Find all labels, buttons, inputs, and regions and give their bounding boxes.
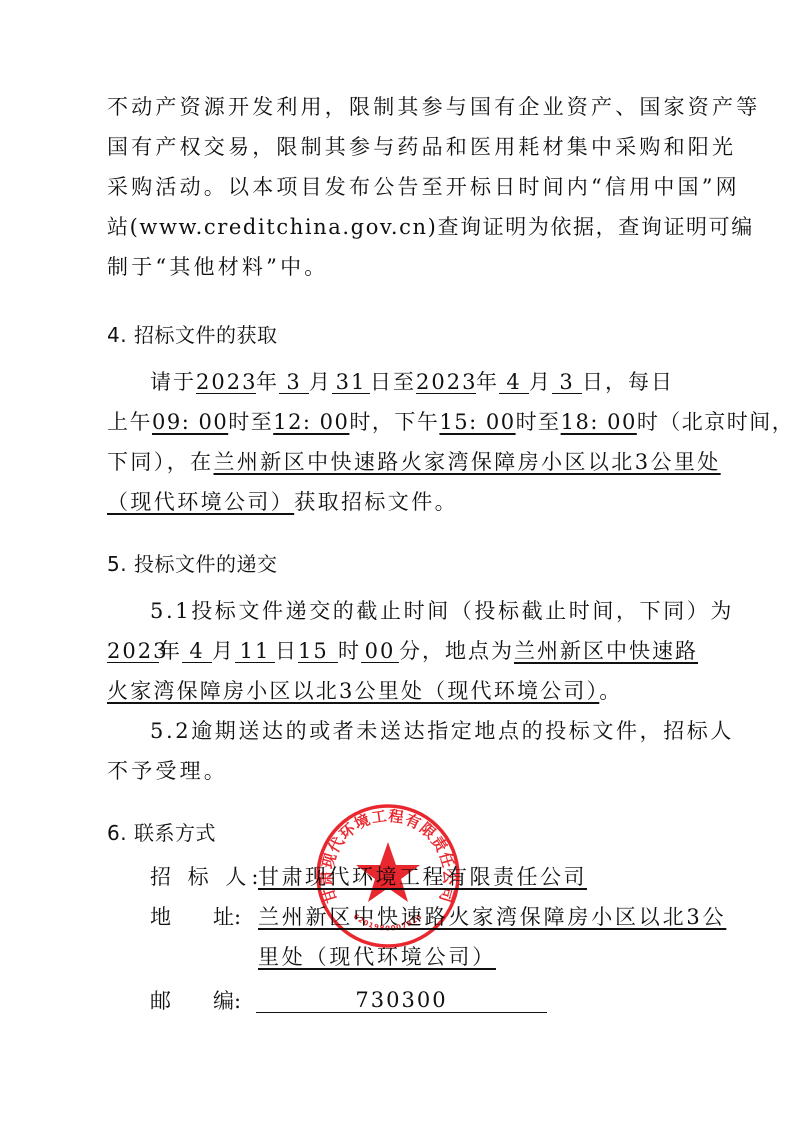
deadline-day-field: 11 [235,640,275,663]
start-month-field: 3 [279,371,309,394]
deadline-year-field: 2023 [107,640,159,663]
document-page: 不动产资源开发利用，限制其参与国有企业资产、国家资产等 国有产权交易，限制其参与… [0,0,800,1131]
paragraph-line: 国有产权交易，限制其参与药品和医用耗材集中采购和阳光 [107,134,707,160]
tenderer-label: 招 标 人: [150,864,263,890]
deadline-hour-field: 15 [298,640,338,663]
deadline-month-field: 4 [182,640,212,663]
submission-location: 兰州新区中快速路 [514,639,698,663]
text: 时至 [228,410,273,434]
section4-line2: 上午09: 00时至12: 00时，下午15: 00时至18: 00时（北京时间… [107,409,707,435]
section4-line4: （现代环境公司）获取招标文件。 [107,489,707,515]
text: 时，下午 [349,410,439,434]
text: 时（北京时间， [637,410,795,434]
address-label-1: 地 [150,904,171,930]
paragraph-line: 制于“其他材料”中。 [107,254,707,280]
svg-text:甘肃现代环境工程有限责任公司: 甘肃现代环境工程有限责任公司 [318,807,458,905]
start-day-field: 31 [332,371,370,394]
text: 分，地点为 [399,639,514,663]
end-month-field: 4 [499,371,529,394]
section4-line3: 下同），在兰州新区中快速路火家湾保障房小区以北3公里处 [107,449,707,475]
start-year-field: 2023 [196,371,256,394]
address-value-cont: 里处（现代环境公司） [258,944,496,970]
section4-line1: 请于2023年3月31日至2023年4月3日，每日 [150,369,750,395]
paragraph-line: 采购活动。以本项目发布公告至开标日时间内“信用中国”网 [107,174,707,200]
section5-2-line2: 不予受理。 [107,758,707,784]
end-day-field: 3 [552,371,582,394]
text: 时 [338,639,361,663]
section-heading-6: 6. 联系方式 [107,820,216,846]
pickup-location: 兰州新区中快速路火家湾保障房小区以北3公里处 [214,450,721,474]
pm-end-time: 18: 00 [561,410,637,434]
pm-start-time: 15: 00 [439,410,515,434]
section5-1-line3: 火家湾保障房小区以北3公里处（现代环境公司）。 [107,678,707,704]
text: 获取招标文件。 [294,490,458,514]
text: 。 [599,679,622,703]
text: 时至 [516,410,561,434]
postcode-value: 730300 [256,988,547,1013]
section5-2-line1: 5.2逾期送达的或者未送达指定地点的投标文件，招标人 [150,718,750,744]
address-value: 兰州新区中快速路火家湾保障房小区以北3公 [258,904,726,930]
am-start-time: 09: 00 [152,410,228,434]
text: 日至 [370,370,416,394]
submission-location-cont: 火家湾保障房小区以北3公里处（现代环境公司） [107,679,599,703]
text: 年 [256,370,279,394]
text: 月 [309,370,332,394]
paragraph-line: 不动产资源开发利用，限制其参与国有企业资产、国家资产等 [107,94,707,120]
postcode-label-2: 编: [213,988,241,1014]
text: 日 [275,639,298,663]
pickup-location-cont: （现代环境公司） [107,490,294,514]
postcode-label-1: 邮 [150,988,171,1014]
section5-1-line1: 5.1投标文件递交的截止时间（投标截止时间，下同）为 [150,598,750,624]
text: 上午 [107,410,152,434]
section-heading-4: 4. 招标文件的获取 [107,322,277,348]
text: 年 [159,639,182,663]
text: 请于 [150,370,196,394]
address-label-2: 址: [213,904,241,930]
text: 月 [212,639,235,663]
paragraph-line: 站(www.creditchina.gov.cn)查询证明为依据，查询证明可编 [107,214,707,240]
text: 日，每日 [582,370,674,394]
text: 月 [529,370,552,394]
seal-company-text: 甘肃现代环境工程有限责任公司 [318,807,458,905]
deadline-minute-field: 00 [361,640,399,663]
section5-1-line2: 2023年4月11日15时00分，地点为兰州新区中快速路 [107,638,707,664]
text: 年 [476,370,499,394]
am-end-time: 12: 00 [273,410,349,434]
end-year-field: 2023 [416,371,476,394]
section-heading-5: 5. 投标文件的递交 [107,551,277,577]
tenderer-value: 甘肃现代环境工程有限责任公司 [258,864,587,890]
text: 下同），在 [107,450,214,474]
